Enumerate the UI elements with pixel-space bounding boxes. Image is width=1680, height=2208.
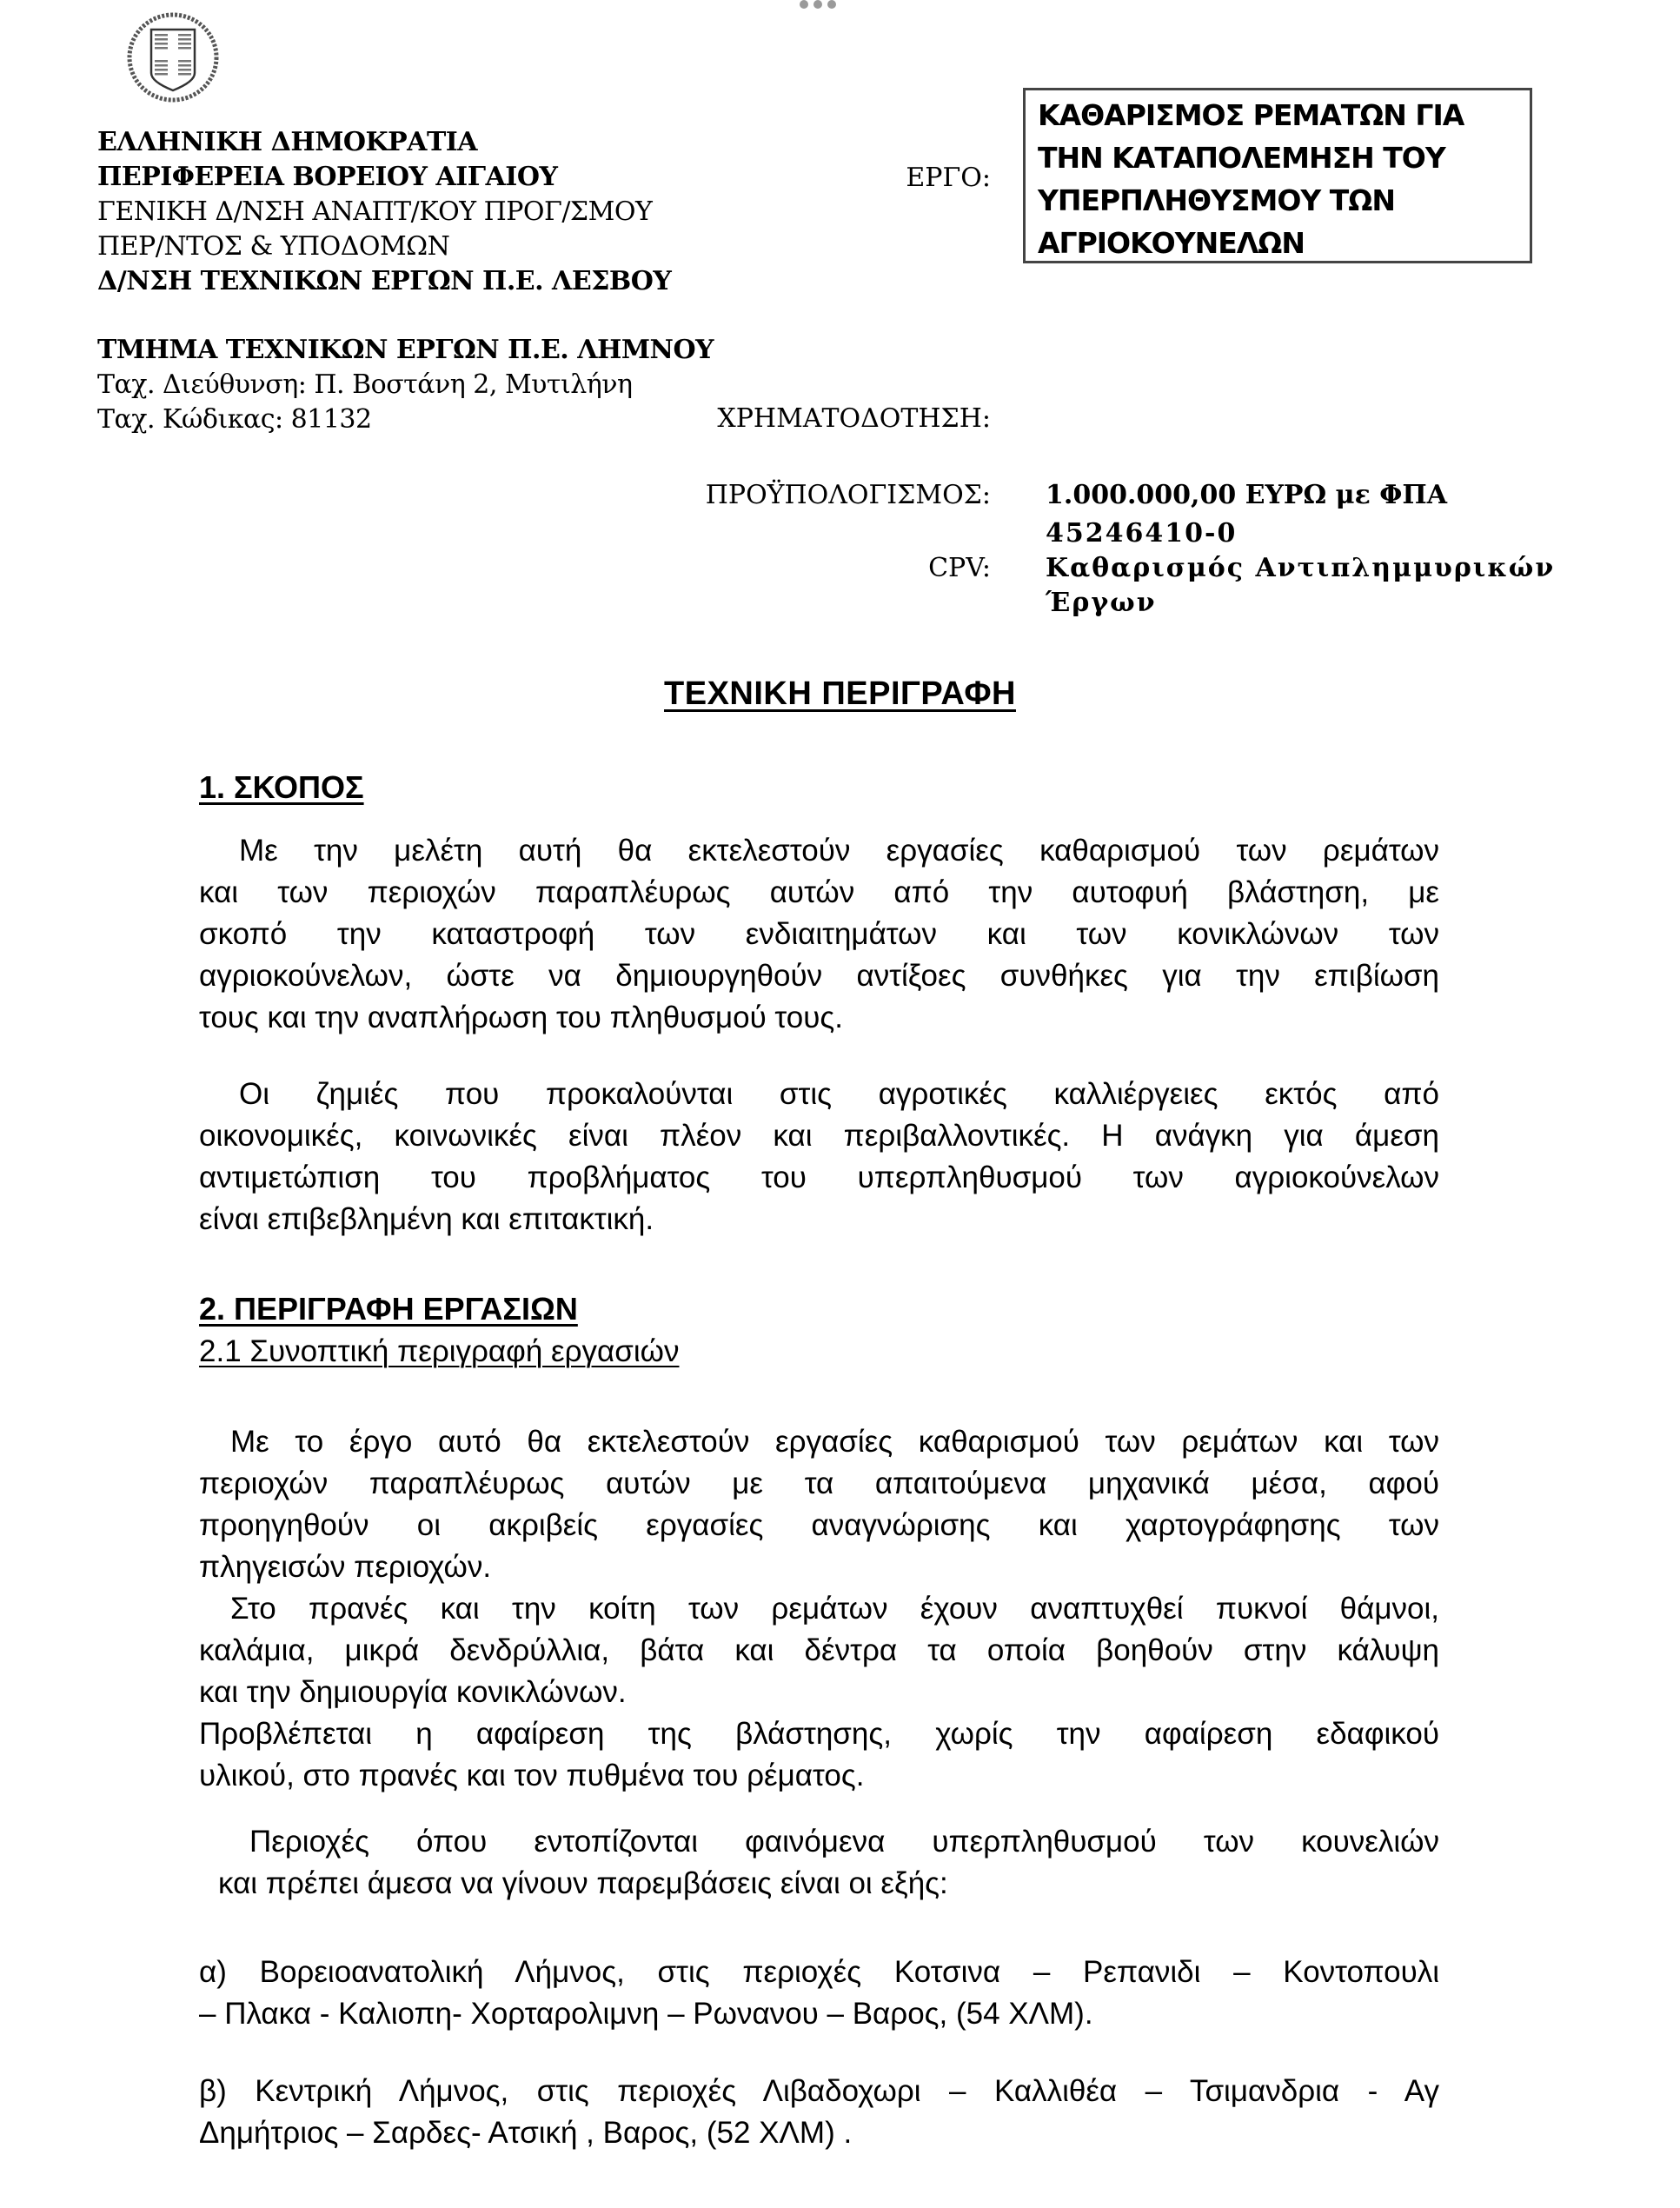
- text-line: Περιοχές όπου εντοπίζονται φαινόμενα υπε…: [199, 1821, 1439, 1863]
- text-line: σκοπό την καταστροφή των ενδιαιτημάτων κ…: [199, 914, 1439, 955]
- section-2-title: 2. ΠΕΡΙΓΡΑΦΗ ΕΡΓΑΣΙΩΝ: [199, 1291, 578, 1327]
- project-title-line: ΥΠΕΡΠΛΗΘΥΣΜΟΥ ΤΩΝ: [1038, 179, 1517, 222]
- text-line: Στο πρανές και την κοίτη των ρεμάτων έχο…: [199, 1588, 1439, 1630]
- dot: [800, 0, 808, 9]
- text-line: Οι ζημιές που προκαλούνται στις αγροτικέ…: [199, 1074, 1439, 1115]
- dot: [813, 0, 822, 9]
- cpv-description: Καθαρισμός Αντιπλημμυρικών: [1046, 551, 1555, 586]
- organization-line: ΠΕΡ/ΝΤΟΣ & ΥΠΟΔΟΜΩΝ: [97, 229, 671, 264]
- text-line: τους και την αναπλήρωση του πληθυσμού το…: [199, 997, 1439, 1039]
- text-line: προηγηθούν οι ακριβείς εργασίες αναγνώρι…: [199, 1505, 1439, 1546]
- project-title-box: ΚΑΘΑΡΙΣΜΟΣ ΡΕΜΑΤΩΝ ΓΙΑΤΗΝ ΚΑΤΑΠΟΛΕΜΗΣΗ Τ…: [1023, 88, 1532, 263]
- organization-line: ΠΕΡΙΦΕΡΕΙΑ ΒΟΡΕΙΟΥ ΑΙΓΑΙΟΥ: [97, 160, 671, 195]
- text-line: και την δημιουργία κονικλώνων.: [199, 1672, 1439, 1713]
- list-item-a: α) Βορειοανατολική Λήμνος, στις περιοχές…: [199, 1952, 1439, 2035]
- project-title-line: ΑΓΡΙΟΚΟΥΝΕΛΩΝ: [1038, 222, 1517, 264]
- project-title-line: ΚΑΘΑΡΙΣΜΟΣ ΡΕΜΑΤΩΝ ΓΙΑ: [1038, 94, 1517, 136]
- text-line: και πρέπει άμεσα να γίνουν παρεμβάσεις ε…: [199, 1863, 1439, 1905]
- text-line: οικονομικές, κοινωνικές είναι πλέον και …: [199, 1115, 1439, 1157]
- text-line: α) Βορειοανατολική Λήμνος, στις περιοχές…: [199, 1952, 1439, 1993]
- paragraph: Με την μελέτη αυτή θα εκτελεστούν εργασί…: [199, 830, 1439, 1039]
- dot: [827, 0, 836, 9]
- text-line: Προβλέπεται η αφαίρεση της βλάστησης, χω…: [199, 1713, 1439, 1755]
- text-line: Με την μελέτη αυτή θα εκτελεστούν εργασί…: [199, 830, 1439, 872]
- text-line: – Πλακα - Καλιοπη- Χορταρολιμνη – Ρωνανο…: [199, 1993, 1439, 2035]
- subsection-2-1-title: 2.1 Συνοπτική περιγραφή εργασιών: [199, 1334, 679, 1369]
- department-line: Ταχ. Κώδικας: 81132: [97, 402, 714, 437]
- paragraph: Με το έργο αυτό θα εκτελεστούν εργασίες …: [199, 1421, 1439, 1797]
- organization-line: ΓΕΝΙΚΗ Δ/ΝΣΗ ΑΝΑΠΤ/ΚΟΥ ΠΡΟΓ/ΣΜΟΥ: [97, 195, 671, 229]
- text-line: πληγεισών περιοχών.: [199, 1546, 1439, 1588]
- text-line: Δημήτριος – Σαρδες- Ατσική , Βαρος, (52 …: [199, 2112, 1439, 2154]
- text-line: β) Κεντρική Λήμνος, στις περιοχές Λιβαδο…: [199, 2071, 1439, 2112]
- department-line: Ταχ. Διεύθυνση: Π. Βοστάνη 2, Μυτιλήνη: [97, 368, 714, 402]
- text-line: περιοχών παραπλέυρως αυτών με τα απαιτού…: [199, 1463, 1439, 1505]
- paragraph: Οι ζημιές που προκαλούνται στις αγροτικέ…: [199, 1074, 1439, 1240]
- budget-value: 1.000.000,00 ΕΥΡΩ με ΦΠΑ: [1046, 478, 1447, 513]
- text-line: είναι επιβεβλημένη και επιτακτική.: [199, 1199, 1439, 1240]
- department-line: ΤΜΗΜΑ ΤΕΧΝΙΚΩΝ ΕΡΓΩΝ Π.Ε. ΛΗΜΝΟΥ: [97, 333, 714, 368]
- text-line: αγριοκούνελων, ώστε να δημιουργηθούν αντ…: [199, 955, 1439, 997]
- list-item-b: β) Κεντρική Λήμνος, στις περιοχές Λιβαδο…: [199, 2071, 1439, 2154]
- greek-coat-of-arms-icon: [122, 10, 224, 104]
- cpv-label: CPV:: [626, 551, 991, 586]
- text-line: Με το έργο αυτό θα εκτελεστούν εργασίες …: [199, 1421, 1439, 1463]
- project-label: ΕΡΓΟ:: [626, 161, 991, 196]
- more-horizontal-icon[interactable]: [800, 0, 836, 9]
- budget-label: ΠΡΟΫΠΟΛΟΓΙΣΜΟΣ:: [626, 478, 991, 513]
- cpv-code: 45246410-0: [1046, 516, 1237, 551]
- document-title: ΤΕΧΝΙΚΗ ΠΕΡΙΓΡΑΦΗ: [0, 675, 1680, 713]
- paragraph: Περιοχές όπου εντοπίζονται φαινόμενα υπε…: [199, 1821, 1439, 1905]
- text-line: υλικού, στο πρανές και τον πυθμένα του ρ…: [199, 1755, 1439, 1797]
- text-line: και των περιοχών παραπλέυρως αυτών από τ…: [199, 872, 1439, 914]
- text-line: αντιμετώπιση του προβλήματος του υπερπλη…: [199, 1157, 1439, 1199]
- organization-line: Δ/ΝΣΗ ΤΕΧΝΙΚΩΝ ΕΡΓΩΝ Π.Ε. ΛΕΣΒΟΥ: [97, 264, 671, 299]
- funding-label: ΧΡΗΜΑΤΟΔΟΤΗΣΗ:: [626, 402, 991, 436]
- department-header: ΤΜΗΜΑ ΤΕΧΝΙΚΩΝ ΕΡΓΩΝ Π.Ε. ΛΗΜΝΟΥΤαχ. Διε…: [97, 333, 714, 437]
- project-title-line: ΤΗΝ ΚΑΤΑΠΟΛΕΜΗΣΗ ΤΟΥ: [1038, 136, 1517, 179]
- section-1-title: 1. ΣΚΟΠΟΣ: [199, 769, 364, 806]
- text-line: καλάμια, μικρά δενδρύλλια, βάτα και δέντ…: [199, 1630, 1439, 1672]
- cpv-description: Έργων: [1046, 586, 1157, 621]
- organization-line: ΕΛΛΗΝΙΚΗ ΔΗΜΟΚΡΑΤΙΑ: [97, 125, 671, 160]
- organization-header: ΕΛΛΗΝΙΚΗ ΔΗΜΟΚΡΑΤΙΑΠΕΡΙΦΕΡΕΙΑ ΒΟΡΕΙΟΥ ΑΙ…: [97, 125, 671, 299]
